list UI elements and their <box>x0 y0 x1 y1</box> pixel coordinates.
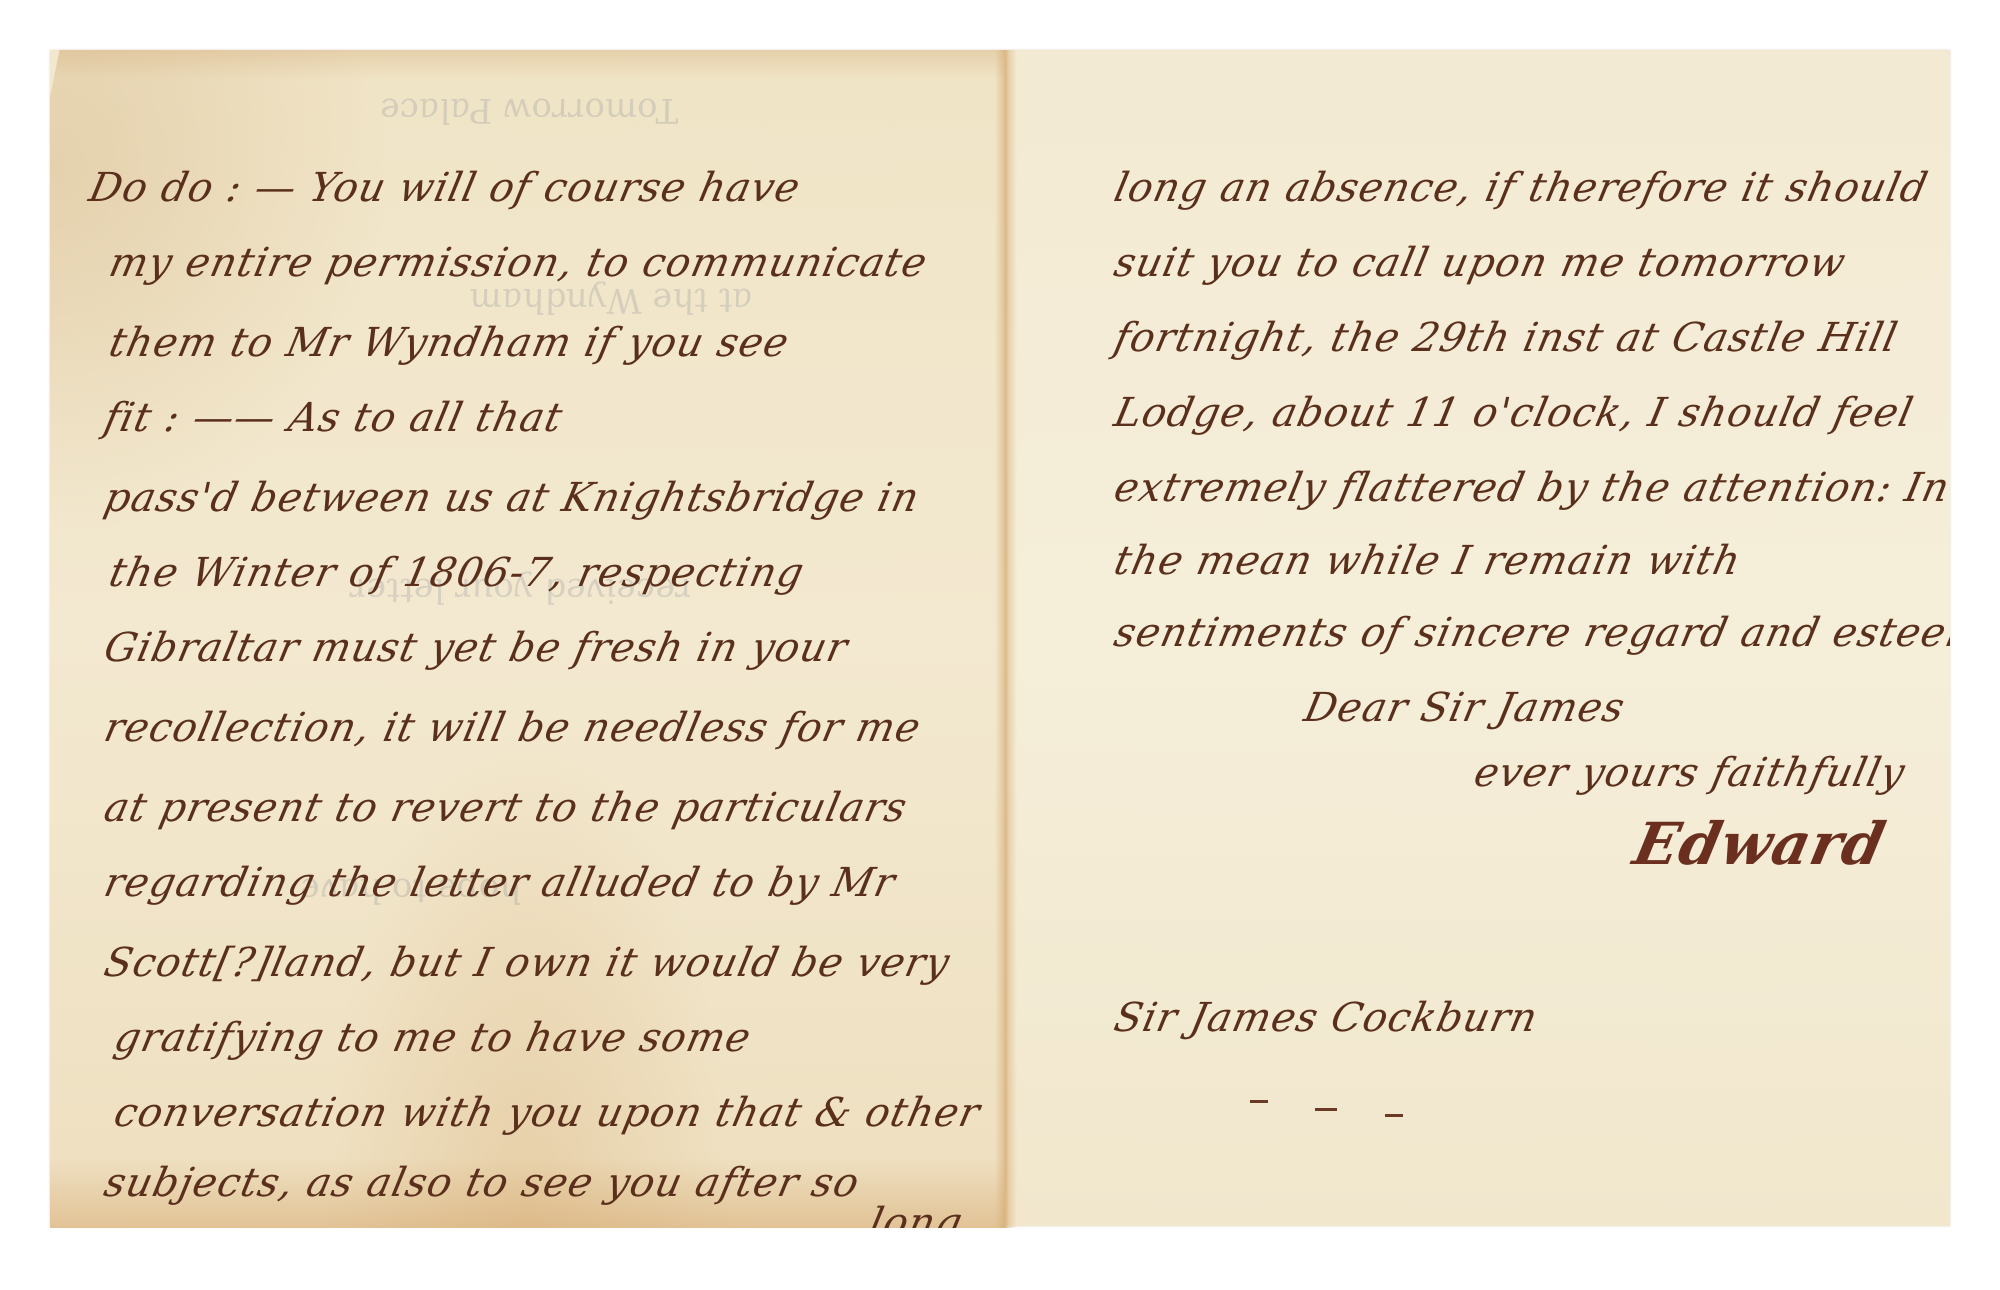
signature: Edward <box>1628 810 1892 878</box>
catchword: long <box>865 1200 967 1246</box>
pen-mark <box>1250 1100 1268 1103</box>
letter-line: fortnight, the 29th inst at Castle Hill <box>1110 315 1902 361</box>
closing: ever yours faithfully <box>1470 750 1909 796</box>
letter-line: gratifying to me to have some <box>110 1015 755 1061</box>
show-through-text: at the Wyndham <box>466 280 756 320</box>
letter-sheet: Tomorrow Palace at the Wyndham received … <box>50 50 1950 1226</box>
letter-line: Gibraltar must yet be fresh in your <box>100 625 852 671</box>
pen-mark <box>1315 1108 1337 1111</box>
letter-line: subjects, as also to see you after so <box>100 1160 864 1206</box>
letter-line: recollection, it will be needless for me <box>100 705 925 751</box>
letter-line: suit you to call upon me tomorrow <box>1110 240 1850 286</box>
pen-mark <box>1385 1114 1403 1117</box>
letter-line: sentiments of sincere regard and esteem <box>1110 610 1990 656</box>
letter-line: my entire permission, to communicate <box>105 240 932 286</box>
letter-line: at present to revert to the particulars <box>100 785 911 831</box>
letter-line: conversation with you upon that & other <box>110 1090 984 1136</box>
left-page: Tomorrow Palace at the Wyndham received … <box>50 50 1005 1228</box>
letter-line: the Winter of 1806-7, respecting <box>105 550 809 596</box>
show-through-text: Tomorrow Palace <box>376 90 681 130</box>
letter-line: the mean while I remain with <box>1110 538 1745 584</box>
right-page: long an absence, if therefore it should … <box>1005 50 1950 1222</box>
letter-line: Lodge, about 11 o'clock, I should feel <box>1110 390 1918 436</box>
salutation: Dear Sir James <box>1300 685 1629 731</box>
paper-stain-top <box>50 50 1005 80</box>
letter-line: fit : —— As to all that <box>100 395 567 441</box>
letter-line: Scott[?]land, but I own it would be very <box>100 940 954 986</box>
letter-line: extremely flattered by the attention: In <box>1110 465 1954 511</box>
letter-line: long an absence, if therefore it should <box>1110 165 1932 211</box>
letter-line: regarding the letter alluded to by Mr <box>100 860 900 906</box>
addressee: Sir James Cockburn <box>1110 995 1542 1041</box>
letter-line: pass'd between us at Knightsbridge in <box>100 475 924 521</box>
letter-line: Do do : — You will of course have <box>85 165 805 211</box>
center-fold <box>995 50 1017 1228</box>
letter-line: them to Mr Wyndham if you see <box>105 320 793 366</box>
